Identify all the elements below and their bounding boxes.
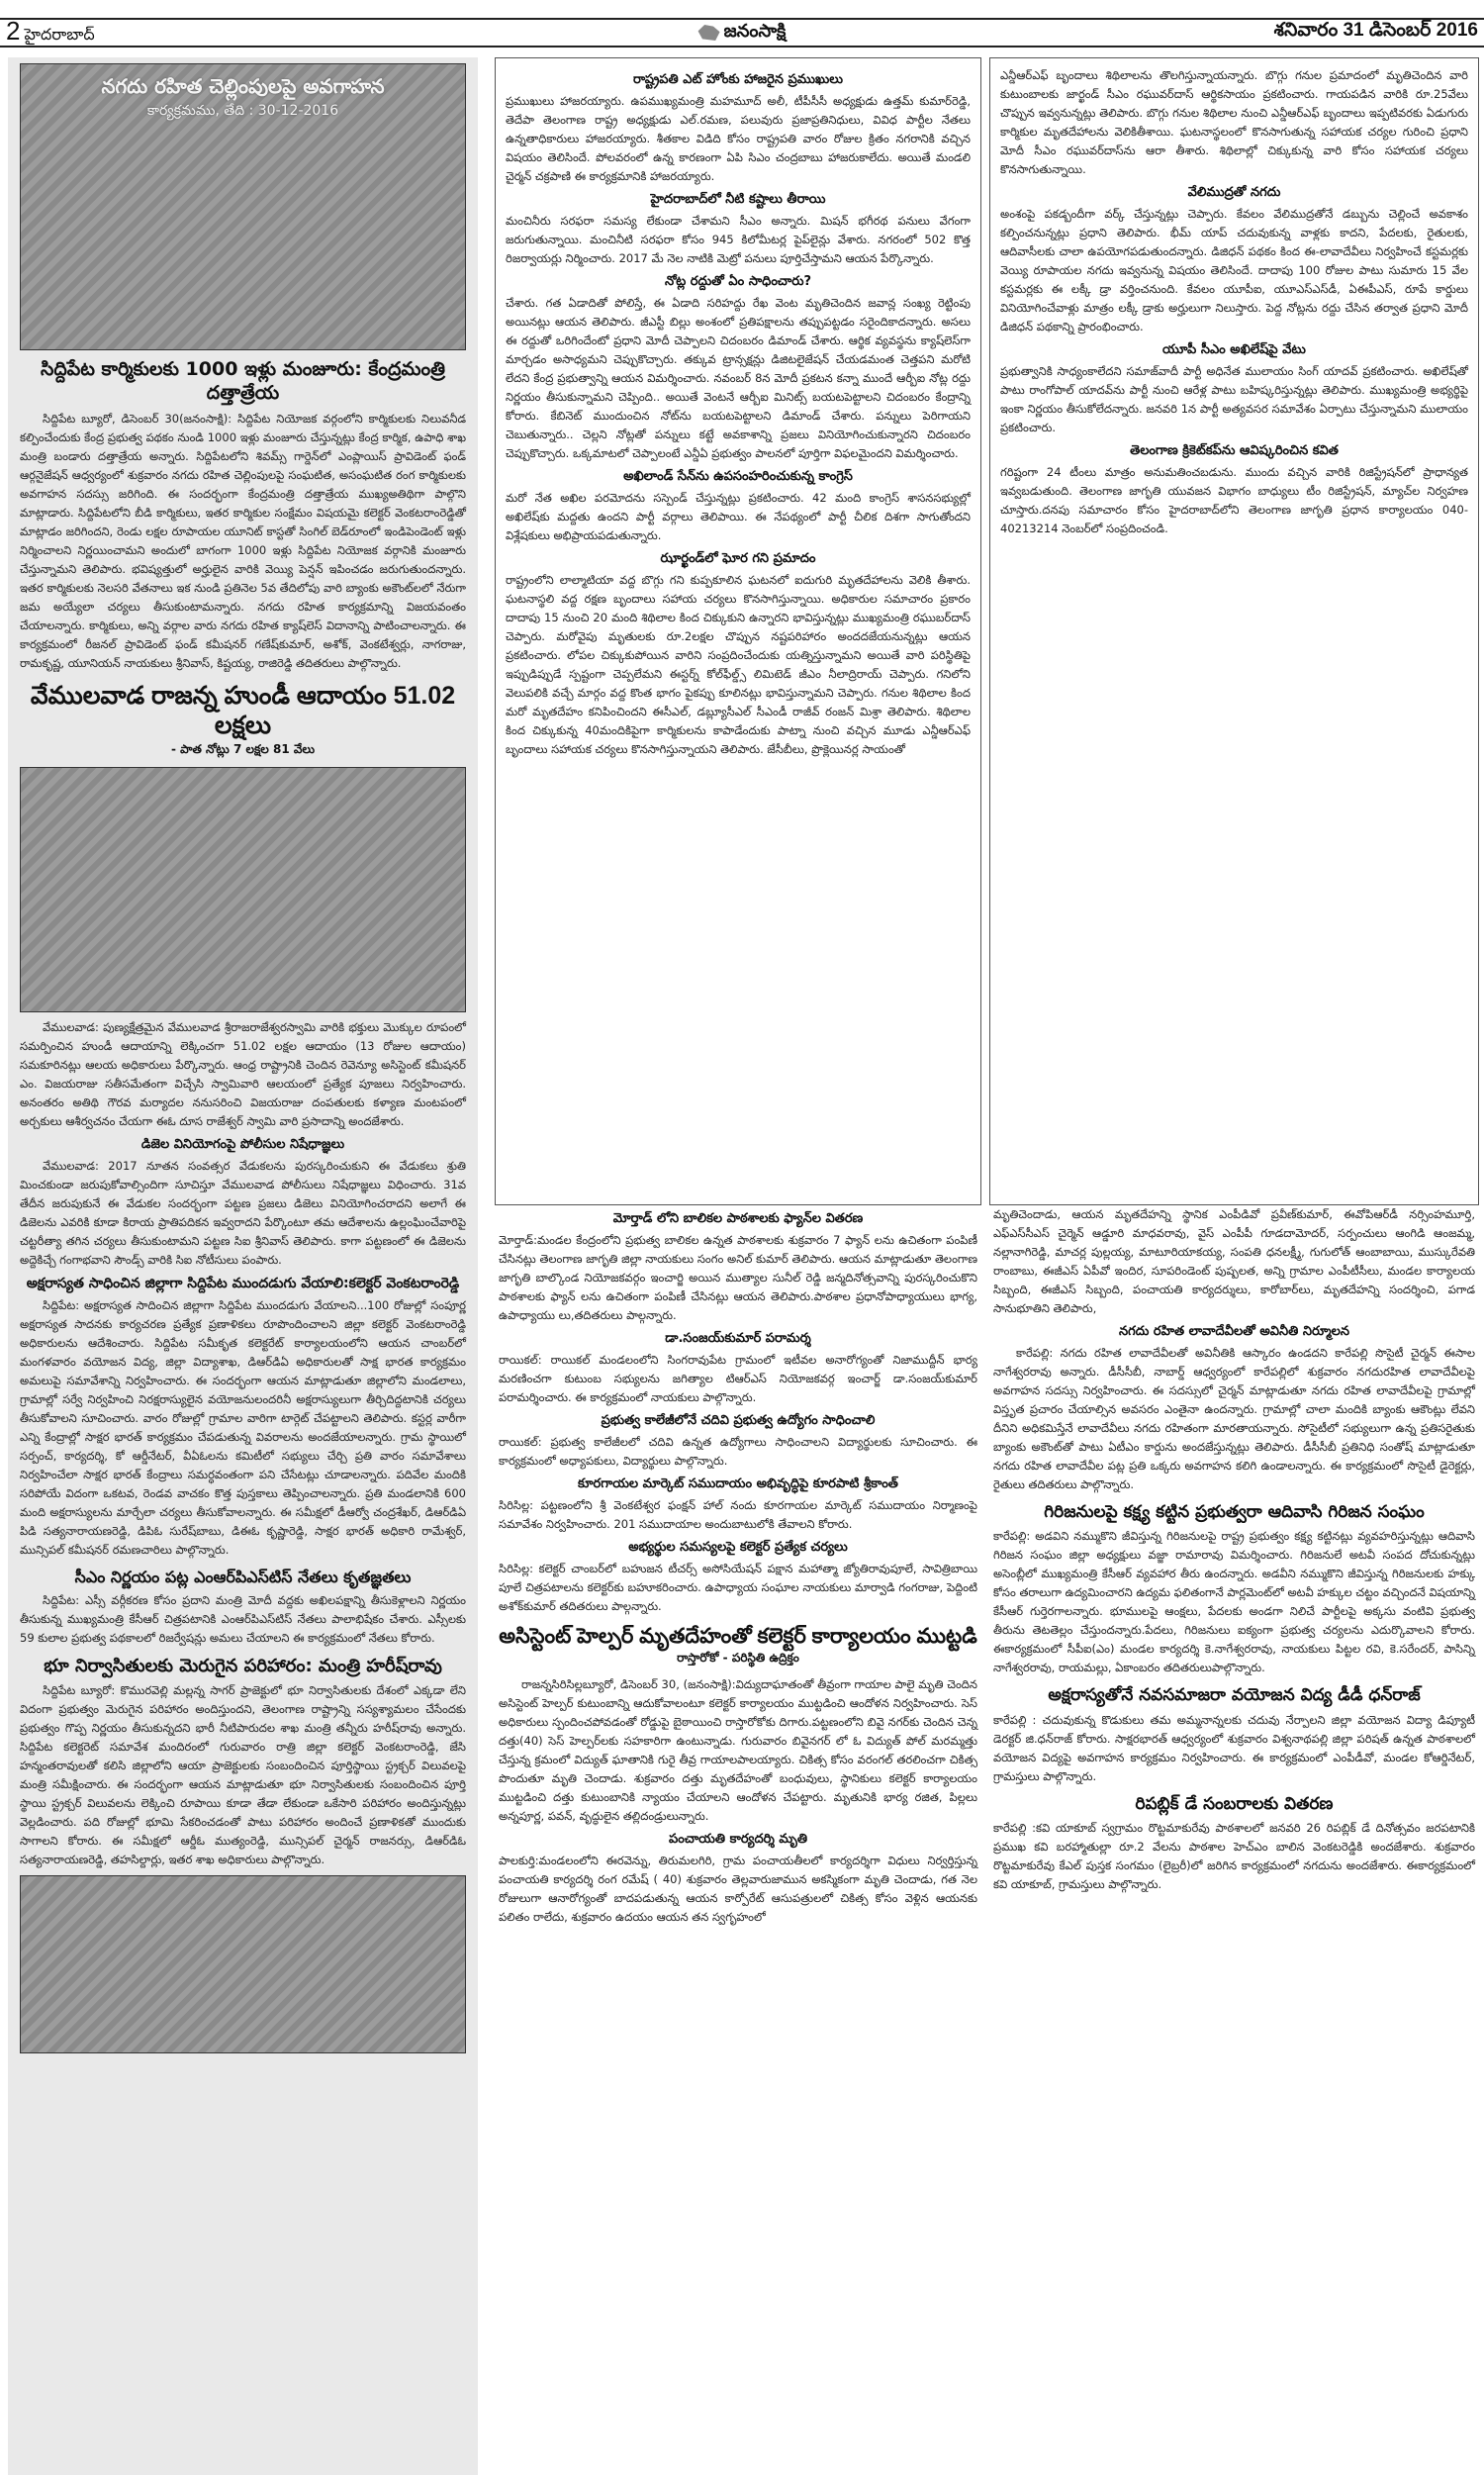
left-column: నగదు రహిత చెల్లింపులపై అవగాహన కార్యక్రమమ… — [8, 57, 478, 2475]
article-body: కారేపల్లి: నగదు రహిత లావాదేవీలతో అవినీతి… — [993, 1344, 1475, 1494]
article-body: అంశంపై పకడ్బందీగా వర్క్ చేస్తున్నట్లు చె… — [1000, 205, 1468, 336]
headline: భూ నిర్వాసితులకు మెరుగైన పరిహారం: మంత్రి… — [20, 1656, 466, 1678]
article-body: సిద్దిపేట బ్యూరో: కొమురవెల్లి మల్లన్న సా… — [20, 1681, 466, 1869]
headline: అభ్యర్థుల సమస్యలపై కలెక్టర్ ప్రత్యేక చర్… — [499, 1540, 977, 1558]
article-body: రాజన్నసిరిసిల్లబ్యూరో, డిసెంబర్ 30, (జనం… — [499, 1675, 977, 1826]
headline: రాష్ట్రపతి ఎట్ హోంకు హాజరైన ప్రముఖులు — [506, 72, 971, 90]
article-body: వేములవాడ: 2017 నూతన సంవత్సర వేడుకలను పుర… — [20, 1157, 466, 1270]
issue-date: శనివారం 31 డిసెంబర్ 2016 — [1274, 20, 1478, 46]
headline: అక్షరాస్యతోనే నవసమాజరా వయోజన విద్య డీడీ … — [993, 1685, 1475, 1706]
article-body: మృతిచెందాడు, ఆయన మృతదేహన్ని స్థానిక ఎంపీ… — [993, 1205, 1475, 1318]
headline: సీఎం నిర్ణయం పట్ల ఎంఆర్‌పిఎస్‌టిస్ నేతలు… — [20, 1568, 466, 1587]
subheadline: రాస్తారోకో - పరిస్థితి ఉద్రిక్తం — [499, 1651, 977, 1667]
article-body: మంచినీరు సరఫరా సమస్య లేకుండా చేశామని సీఎ… — [506, 212, 971, 268]
headline: పంచాయతి కార్యదర్శి మృతి — [499, 1832, 977, 1850]
article-body: రాయికల్: రాయికల్ మండలంలోని సింగరావుపేట గ… — [499, 1351, 977, 1407]
middle-column: రాష్ట్రపతి ఎట్ హోంకు హాజరైన ప్రముఖులు ప్… — [495, 57, 981, 2475]
article-body: కారేపల్లి: అడవిని నమ్ముకొని జీవిస్తున్న … — [993, 1527, 1475, 1677]
headline: నోట్ల రద్దుతో ఏం సాధించారు? — [506, 274, 971, 292]
article-body: సిద్దిపేట బ్యూరో, డిసెంబర్ 30(జనంసాక్షి)… — [20, 410, 466, 673]
headline: అక్షరాస్యత సాధించిన జిల్లాగా సిద్దిపేట మ… — [20, 1276, 466, 1294]
headline: డా.సంజయ్‌కుమార్ పరామర్శ — [499, 1331, 977, 1349]
banner-line2: కార్యక్రమము, తేది : 30-12-2016 — [101, 103, 384, 122]
article-body: పాలకుర్తి:మండలంలోని ఈరవెన్ను, తిరుమలగిరి… — [499, 1852, 977, 1927]
telangana-map-icon — [698, 25, 720, 41]
district-news: మోర్తాడ్ లోని బాలికల పాఠశాలకు ఫ్యాన్‌ల వ… — [495, 1211, 981, 1927]
national-news-box: రాష్ట్రపతి ఎట్ హోంకు హాజరైన ప్రముఖులు ప్… — [495, 57, 981, 1205]
headline: సిద్దిపేట కార్మికులకు 1000 ఇళ్లు మంజూరు:… — [20, 358, 466, 406]
photo-review-meeting — [20, 1875, 466, 2053]
photo-banner: నగదు రహిత చెల్లింపులపై అవగాహన కార్యక్రమమ… — [101, 74, 384, 122]
photo-cashless-awareness-event: నగదు రహిత చెల్లింపులపై అవగాహన కార్యక్రమమ… — [20, 63, 466, 350]
article-body: సిద్దిపేట: అక్షరాస్యత సాదించిన జిల్లాగా … — [20, 1296, 466, 1560]
headline: గిరిజనులపై కక్ష్య కట్టిన ప్రభుత్వరా ఆదివ… — [993, 1502, 1475, 1523]
article-body: ప్రభుత్వానికి సాధ్యంకాలేదని సమాజ్‌వాదీ ప… — [1000, 362, 1468, 437]
page-number: 2 — [6, 18, 20, 44]
article-body: వేములవాడ: పుణ్యక్షేత్రమైన వేములవాడ శ్రీర… — [20, 1018, 466, 1131]
headline: రిపబ్లిక్ డే సంబరాలకు వితరణ — [993, 1794, 1475, 1815]
article-body: మోర్తాడ్:మండల కేంద్రంలోని ప్రభుత్వ బాలిక… — [499, 1231, 977, 1325]
headline: డిజెల వినియోగంపై పోలీసుల నిషేధాజ్ఞలు — [20, 1137, 466, 1155]
article-body: మరో నేత అఖిల పరమోదను సస్పెండ్ చేస్తున్నట… — [506, 489, 971, 545]
headline: వేలిముద్రతో నగదు — [1000, 185, 1468, 203]
headline: మోర్తాడ్ లోని బాలికల పాఠశాలకు ఫ్యాన్‌ల వ… — [499, 1211, 977, 1229]
newspaper-logo: జనంసాక్షి — [698, 21, 787, 46]
article-body: రాయికల్: ప్రభుత్వ కాలేజీలలో చదివి ఉన్నత … — [499, 1433, 977, 1471]
subheadline: - పాత నోట్లు 7 లక్షల 81 వేలు — [20, 742, 466, 759]
banner-line1: నగదు రహిత చెల్లింపులపై అవగాహన — [101, 74, 384, 98]
article-body: కారేపల్లి : చదువుకున్న కొడుకులు తమ అమ్మన… — [993, 1711, 1475, 1786]
article-body: ప్రముఖులు హాజరయ్యారు. ఉపముఖ్యమంత్రి మహమూ… — [506, 92, 971, 186]
headline: కూరగాయల మార్కెట్ సముదాయం అభివృద్ధిపై కూర… — [499, 1476, 977, 1494]
photo-hundi-counting — [20, 767, 466, 1012]
article-body: రాష్ట్రంలోని లాల్మాటియా వద్ద బొగ్గు గని … — [506, 571, 971, 759]
section-title: హైదరాబాద్ — [24, 25, 94, 48]
national-news-box-continued: ఎన్డీఆర్ఎఫ్ బృందాలు శిథిలాలను తొలగిస్తున… — [989, 57, 1479, 1205]
right-column: ఎన్డీఆర్ఎఫ్ బృందాలు శిథిలాలను తొలగిస్తున… — [989, 57, 1479, 2475]
article-body: కారేపల్లి :కవి యాకూబ్ స్వగ్రామం రొట్టమాక… — [993, 1819, 1475, 1894]
article-body: గరిష్టంగా 24 టీంలు మాత్రం అనుమతించబడును.… — [1000, 463, 1468, 538]
headline: ప్రభుత్వ కాలేజీలోనే చదివి ప్రభుత్వ ఉద్యో… — [499, 1413, 977, 1431]
article-body: సిరిసిల్ల: పట్టణంలోని శ్రీ వెంకటేశ్వర ఫం… — [499, 1496, 977, 1534]
article-body: చేశారు. గత ఏడాదితో పోలిస్తే, ఈ ఏడాది సరి… — [506, 294, 971, 463]
paper-name: జనంసాక్షి — [724, 21, 787, 46]
article-body: ఎన్డీఆర్ఎఫ్ బృందాలు శిథిలాలను తొలగిస్తున… — [1000, 66, 1468, 179]
headline: అసిస్టెంట్ హెల్పర్ మృతదేహంతో కలెక్టర్ కా… — [499, 1624, 977, 1649]
article-body: సిద్దిపేట: ఎస్సీ వర్గీకరణ కోసం ప్రదాని మ… — [20, 1591, 466, 1648]
headline: హైదరాబాద్‌లో నీటి కష్టాలు తీరాయి — [506, 192, 971, 210]
headline: ఝార్ఖండ్‌లో ఘోర గని ప్రమాదం — [506, 551, 971, 569]
headline: తెలంగాణ క్రికెట్‌కప్‌ను ఆవిష్కరించిన కవి… — [1000, 443, 1468, 461]
headline: యూపీ సీఎం అఖిలేష్‌పై వేటు — [1000, 342, 1468, 360]
headline: అఖిలాండ్ సేన్‌ను ఉపసంహరించుకున్న కాంగ్రె… — [506, 469, 971, 487]
page-section: 2 హైదరాబాద్ — [6, 18, 95, 48]
masthead: 2 హైదరాబాద్ జనంసాక్షి శనివారం 31 డిసెంబర… — [0, 18, 1484, 48]
article-body: సిరిసిల్ల: కలెక్టర్ చాంబర్‌లో బహుజన టీచర… — [499, 1560, 977, 1616]
district-news-right: మృతిచెందాడు, ఆయన మృతదేహన్ని స్థానిక ఎంపీ… — [989, 1205, 1479, 1894]
headline: వేములవాడ రాజన్న హుండీ ఆదాయం 51.02 లక్షలు — [20, 681, 466, 740]
headline: నగదు రహిత లావాదేవీలతో అవినీతి నిర్మూలన — [993, 1324, 1475, 1342]
